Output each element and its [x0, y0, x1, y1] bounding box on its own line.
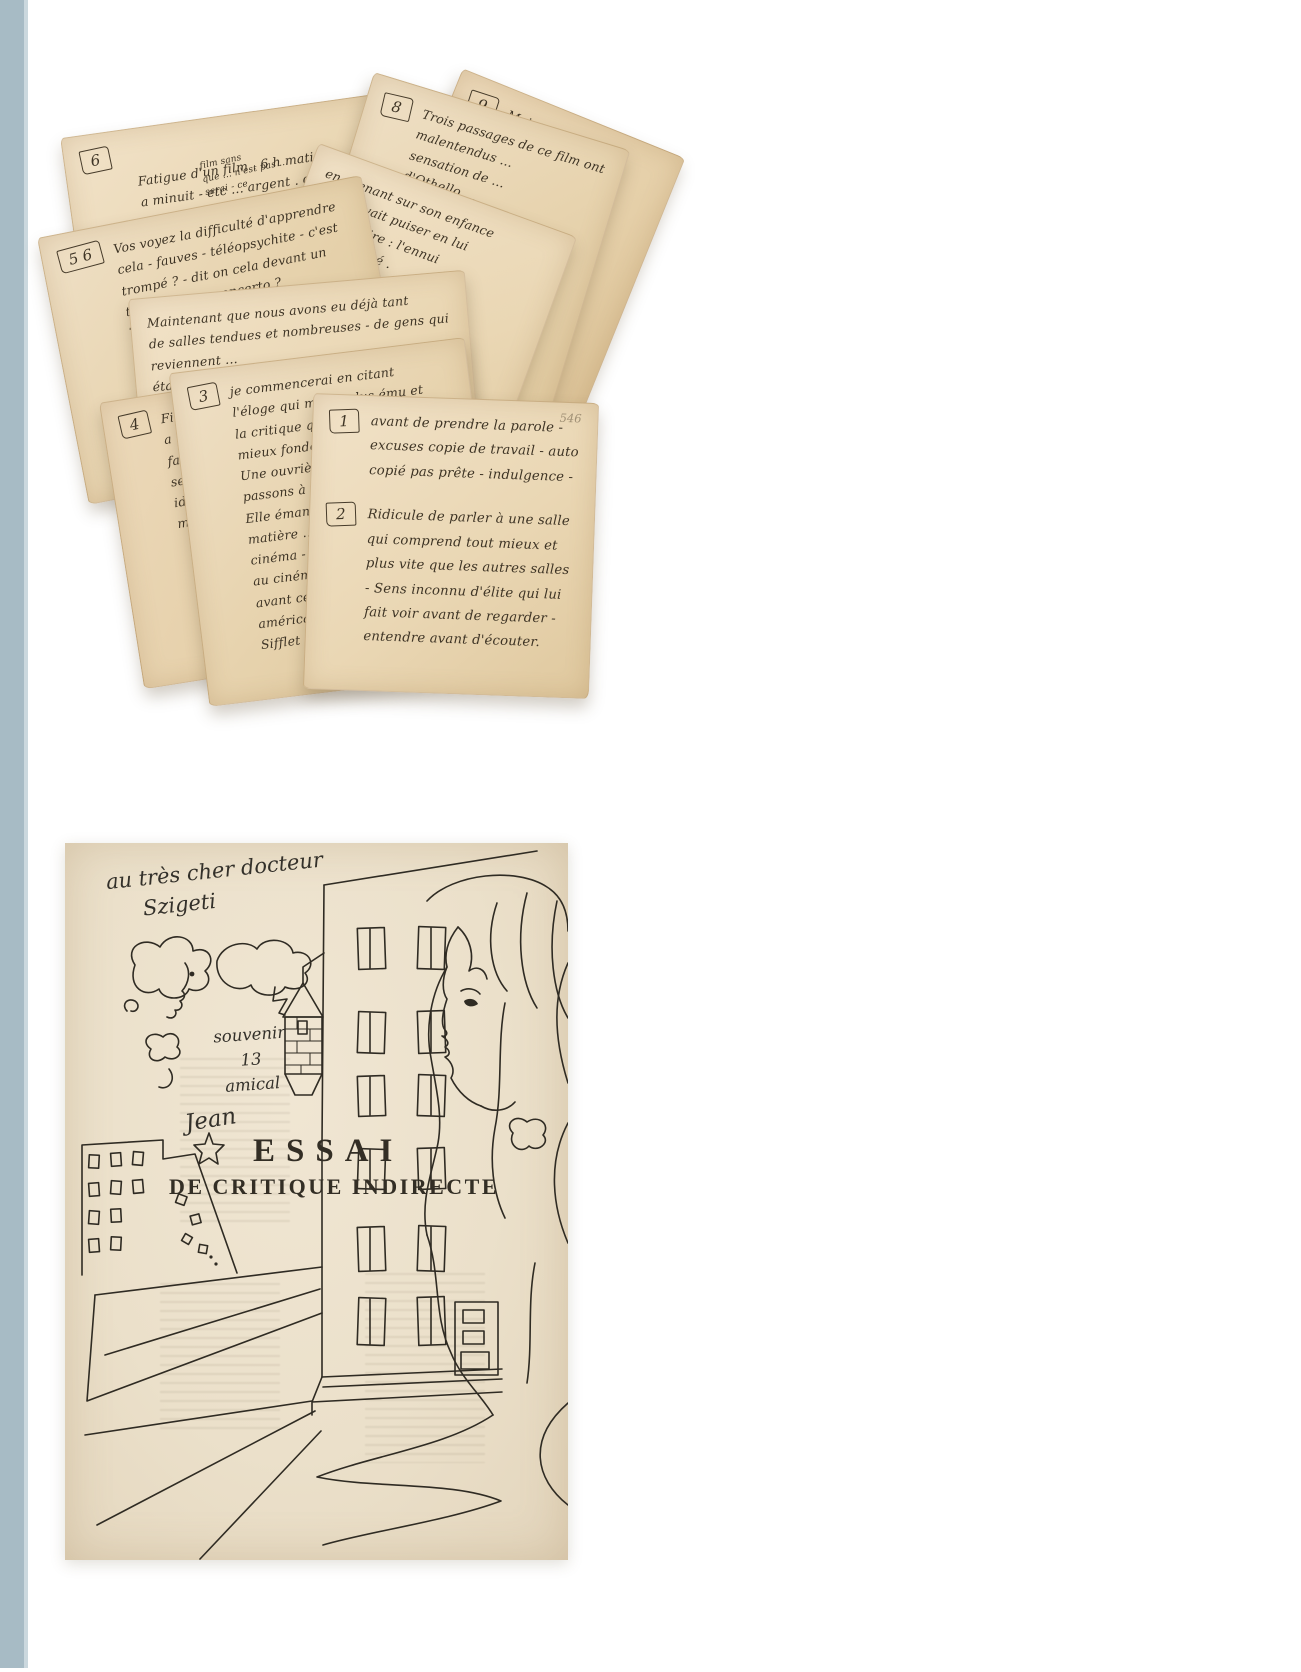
page-number-box: 4	[117, 410, 151, 440]
page-number-box: 3	[187, 382, 221, 411]
street-wall-drawing	[85, 1267, 322, 1559]
page-number-box: 6	[78, 146, 112, 176]
woman-profile-drawing	[317, 875, 568, 1545]
catalog-page: 6 Fatigue d'un film . 6 h matin a minuit…	[0, 0, 1301, 1672]
manuscript-photo: 6 Fatigue d'un film . 6 h matin a minuit…	[58, 88, 673, 695]
star-icon	[194, 1133, 224, 1164]
cover-line-drawing	[65, 843, 568, 1560]
page-number-box: 8	[379, 92, 413, 122]
book-subtitle: DE CRITIQUE INDIRECTE	[169, 1174, 499, 1200]
handwritten-text: Ridicule de parler à une salle qui compr…	[363, 503, 578, 657]
handwritten-text: avant de prendre la parole - excuses cop…	[369, 410, 582, 491]
page-number-box: 5 6	[56, 240, 105, 275]
inscription-text: souvenir 13 amical	[201, 1020, 302, 1101]
book-title: ESSAI	[253, 1133, 403, 1170]
left-accent-bar	[0, 0, 28, 1668]
page-number-box: 1	[329, 409, 359, 434]
pencil-folio-number: 546	[559, 411, 581, 426]
book-cover-photo: au très cher docteur Szigeti souvenir 13…	[65, 843, 568, 1560]
manuscript-page-1-2-front: 546 1 avant de prendre la parole - excus…	[303, 393, 599, 699]
page-number-box: 2	[326, 502, 356, 527]
